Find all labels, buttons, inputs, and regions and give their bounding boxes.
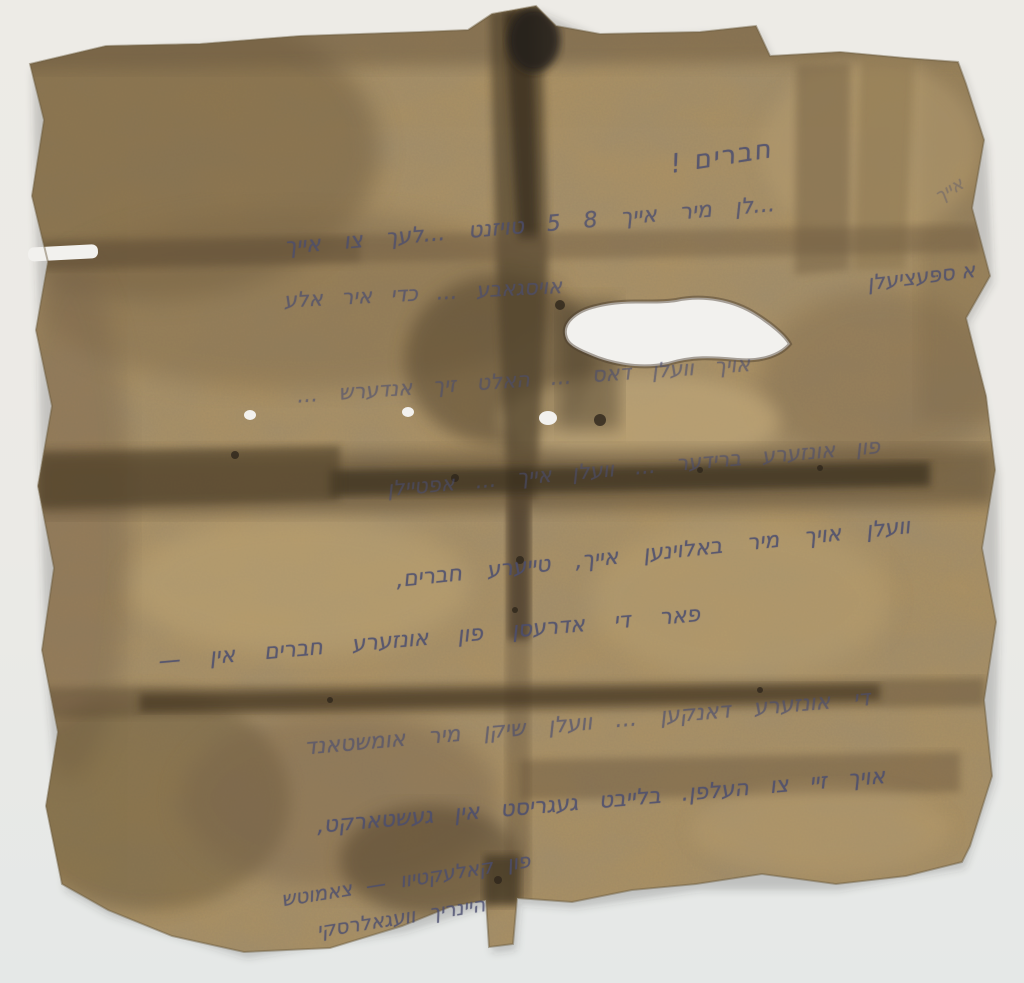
stain-layer — [0, 0, 1024, 983]
letter-paper — [0, 0, 1024, 983]
scanned-letter-page: חברים ! …לן מיר אייך 8 5 טויזנט …לעך צו … — [0, 0, 1024, 983]
